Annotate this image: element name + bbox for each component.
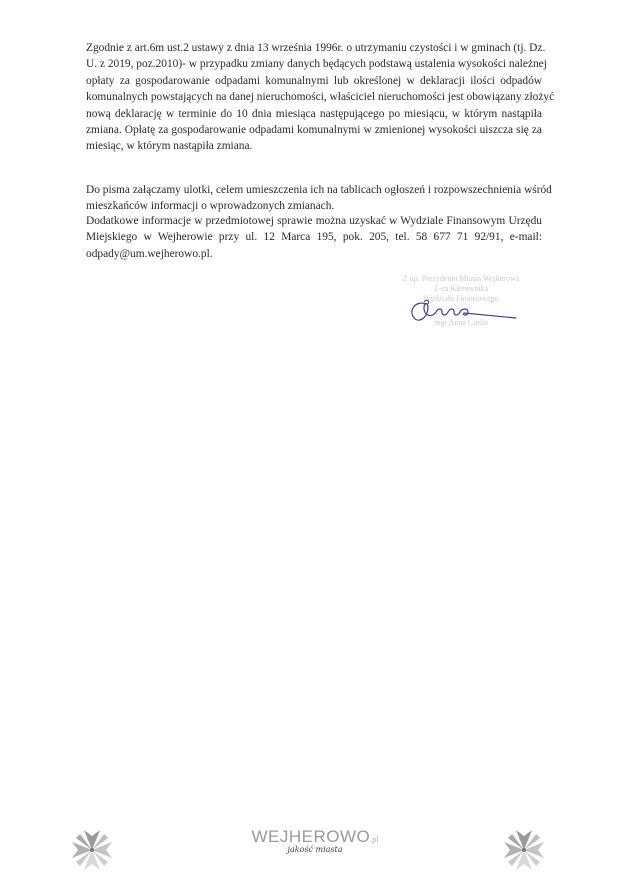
- text-line: zmiana. Opłatę za gospodarowanie odpadam…: [86, 122, 542, 138]
- wejherowo-cross-emblem-icon: [502, 828, 546, 872]
- email-text: odpady@um.wejherowo.pl.: [86, 246, 542, 262]
- brand-suffix: .pl: [370, 835, 378, 844]
- wejherowo-logo: WEJHEROWO.pl jakość miasta: [250, 827, 380, 854]
- text-line: Dodatkowe informacje w przedmiotowej spr…: [86, 213, 542, 229]
- brand-tagline: jakość miasta: [250, 845, 380, 854]
- paragraph-leaflets: Do pisma załączamy ulotki, celem umieszc…: [86, 182, 542, 215]
- text-line: opłaty za gospodarowanie odpadami komuna…: [86, 73, 542, 89]
- text-line: miesiąc, w którym nastąpiła zmiana.: [86, 138, 542, 154]
- text-line: komunalnych powstających na danej nieruc…: [86, 89, 542, 105]
- text-line: Do pisma załączamy ulotki, celem umieszc…: [86, 182, 542, 198]
- text-line: nową deklarację w terminie do 10 dnia mi…: [86, 106, 542, 122]
- handwritten-signature: [398, 296, 518, 326]
- stamp-line: Z up. Prezydenta Miasta Wejherowa: [376, 274, 546, 284]
- brand-name: WEJHEROWO: [251, 827, 370, 846]
- paragraph-contact-info: Dodatkowe informacje w przedmiotowej spr…: [86, 213, 542, 262]
- paragraph-legal-basis: Zgodnie z art.6m ust.2 ustawy z dnia 13 …: [86, 40, 542, 155]
- document-page: Zgodnie z art.6m ust.2 ustawy z dnia 13 …: [0, 0, 618, 895]
- text-line: U. z 2019, poz.2010)- w przypadku zmiany…: [86, 56, 542, 72]
- stamp-line: Z-ca Kierownika: [376, 284, 546, 294]
- text-line: Zgodnie z art.6m ust.2 ustawy z dnia 13 …: [86, 40, 542, 56]
- text-line: Miejskiego w Wejherowie przy ul. 12 Marc…: [86, 229, 542, 245]
- wejherowo-cross-emblem-icon: [70, 828, 114, 872]
